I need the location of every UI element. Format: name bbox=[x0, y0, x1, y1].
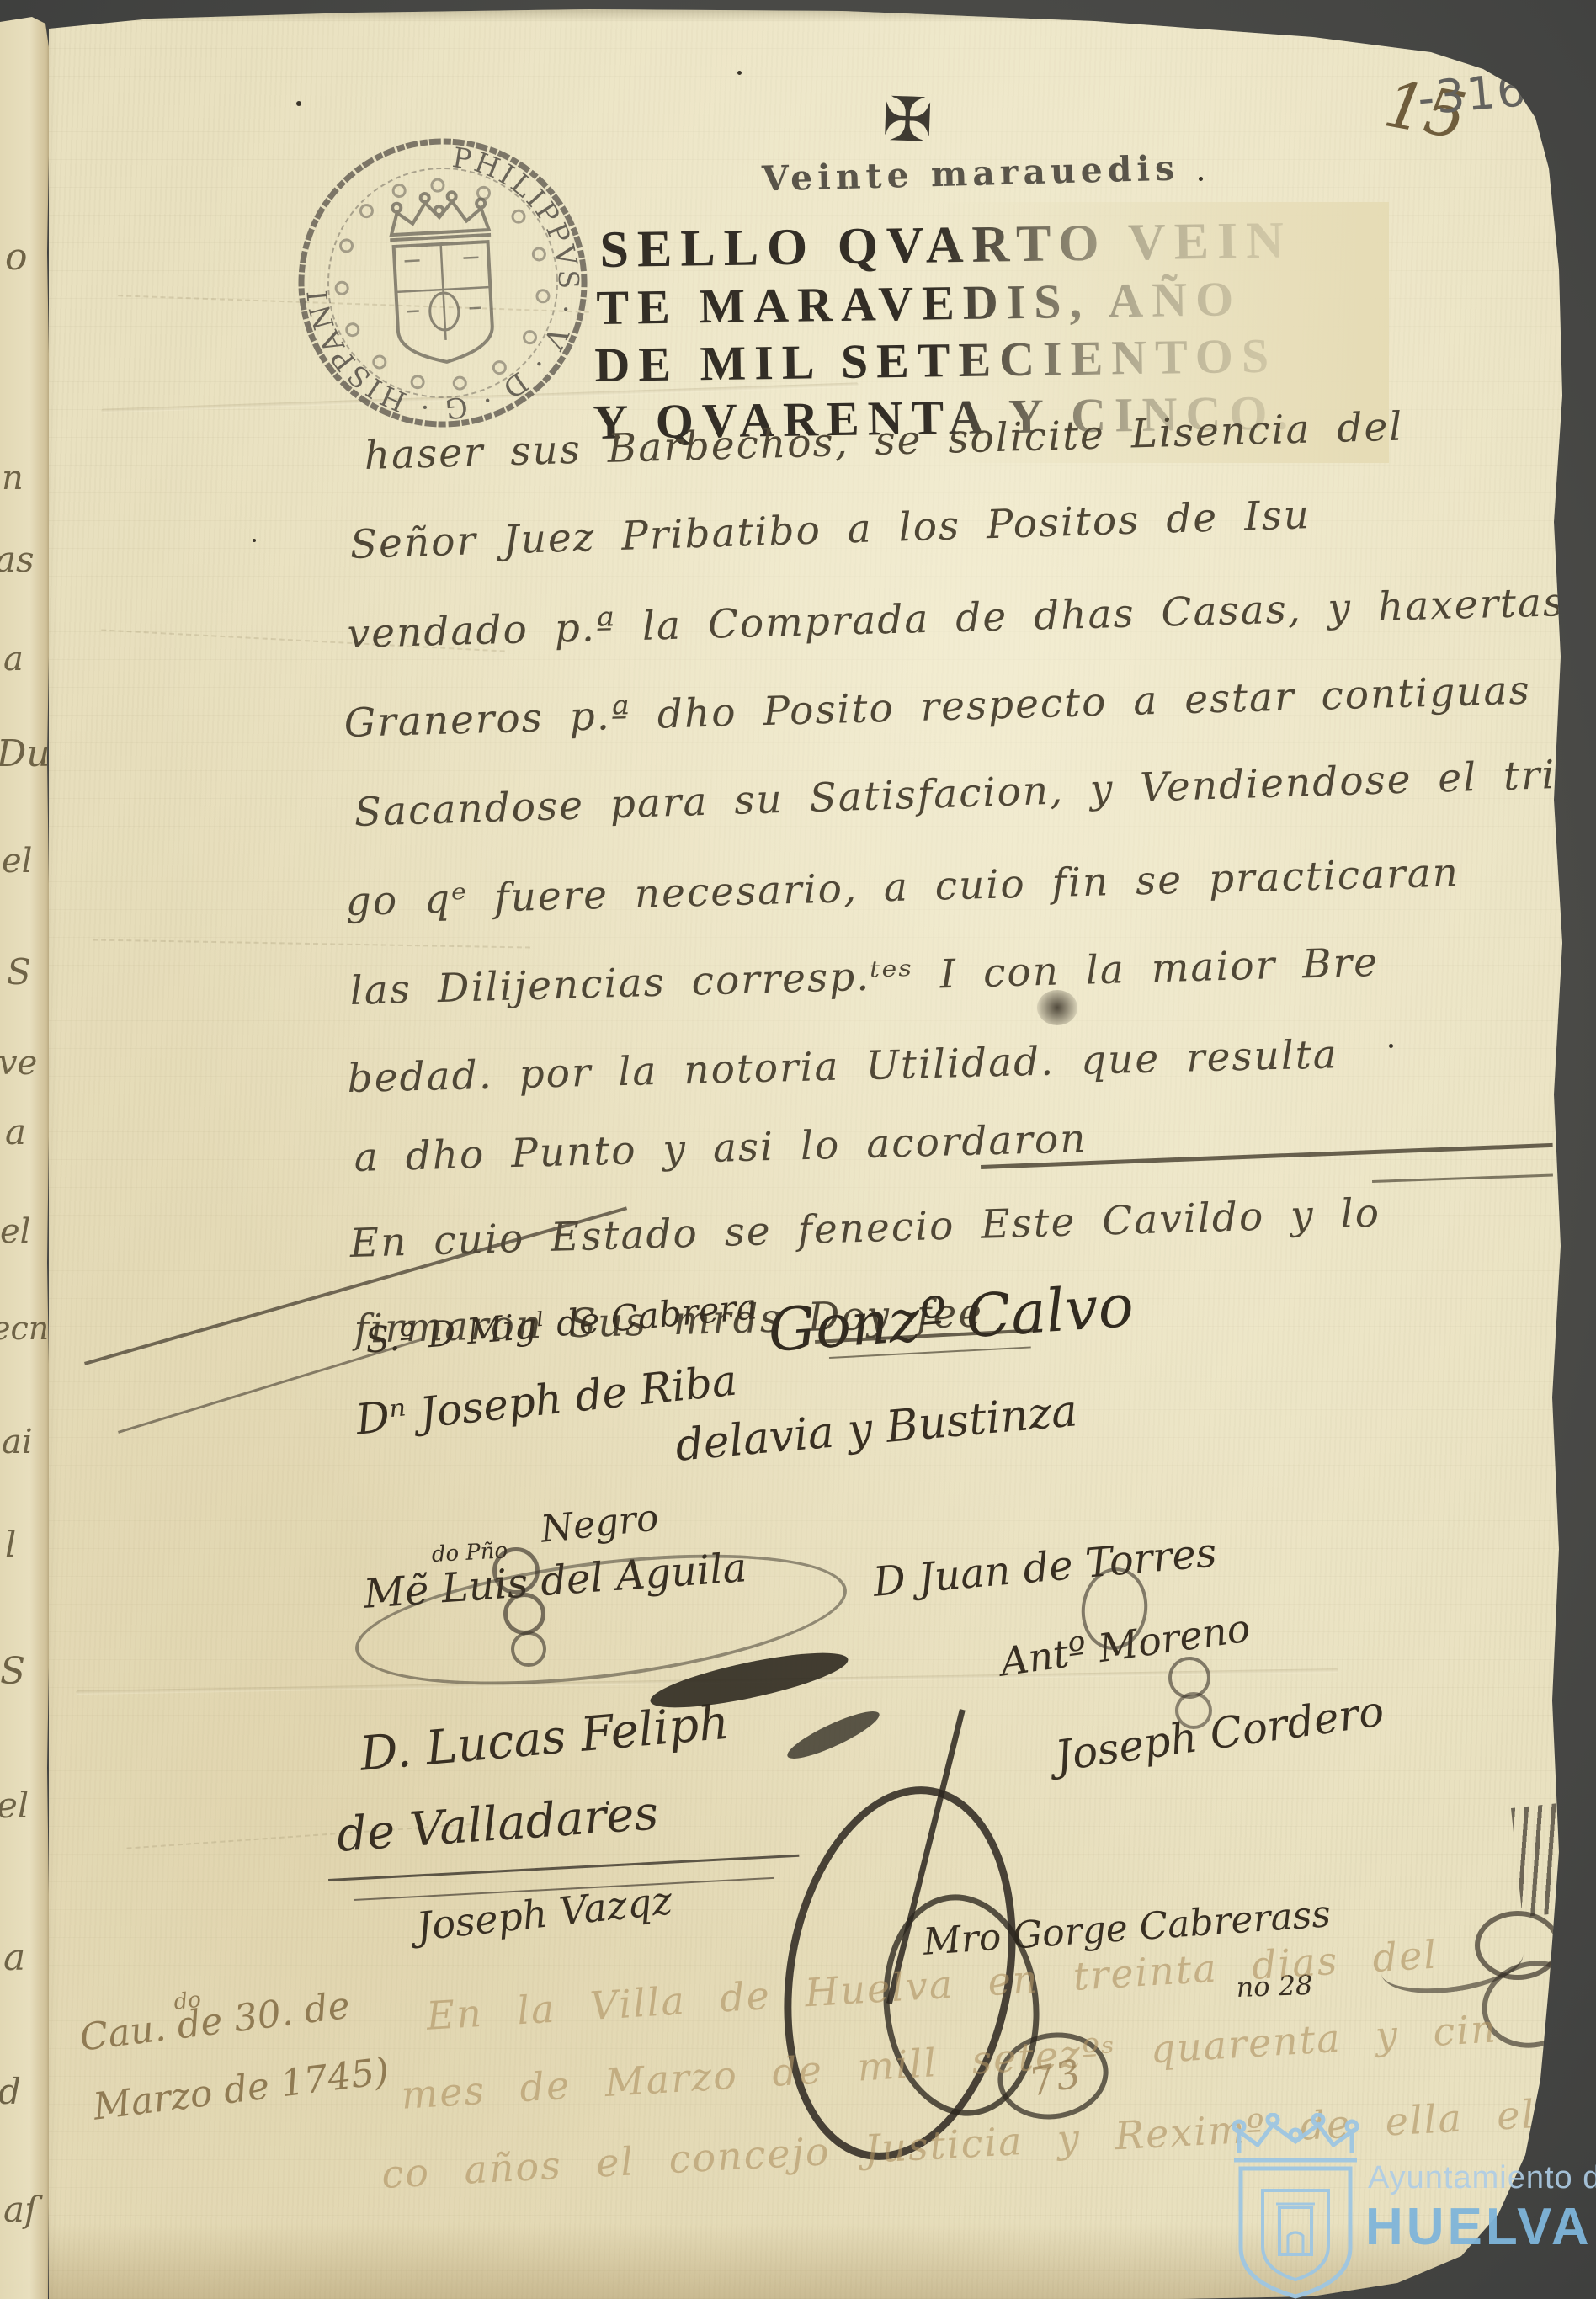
manuscript-page: PHILIPPVS · V · D · G · HISPANIAR · REX … bbox=[0, 0, 1596, 2299]
ink-speck bbox=[253, 539, 256, 542]
page-fragment: a bbox=[3, 640, 24, 679]
folio-number-pencil: -316— bbox=[1416, 59, 1577, 125]
seal-crown bbox=[387, 190, 491, 240]
signature: S.º D Migˡ de Cabrera bbox=[364, 1285, 758, 1361]
signature: D. Lucas Feliph bbox=[358, 1695, 731, 1782]
pen-flourish bbox=[492, 1547, 540, 1594]
marginal-date-note: Marzo de 1745) bbox=[91, 2050, 391, 2129]
manuscript-line: a dho Punto y asi lo acordaron bbox=[354, 1115, 1088, 1181]
page-fragment: aſ bbox=[3, 2189, 38, 2230]
page-fragment: el bbox=[2, 842, 32, 881]
manuscript-line: las Dilijencias corresp.ᵗᵉˢ I con la mai… bbox=[349, 939, 1380, 1014]
pen-flourish bbox=[503, 1593, 545, 1635]
page-fragment: o bbox=[5, 236, 28, 279]
page-fragment: ai bbox=[2, 1423, 33, 1461]
ink-speck bbox=[606, 1801, 609, 1805]
manuscript-line: En cuio Estado se fenecio Este Cavildo y… bbox=[349, 1190, 1381, 1267]
seal-legend: PHILIPPVS · V · D · G · HISPANIAR · REX … bbox=[285, 125, 593, 434]
tax-stamp-motto: Veinte marauedis bbox=[761, 148, 1179, 200]
signature: D Juan de Torres bbox=[871, 1529, 1219, 1605]
page-fragment: n bbox=[2, 459, 24, 498]
page-fragment: S bbox=[7, 951, 31, 993]
signature: Negro bbox=[539, 1496, 661, 1551]
page-fragment: l bbox=[5, 1524, 16, 1565]
watermark-shield-icon bbox=[1222, 2113, 1370, 2299]
pen-flourish bbox=[511, 1631, 546, 1667]
manuscript-line: bedad. por la notoria Utilidad. que resu… bbox=[347, 1031, 1338, 1102]
pen-dash bbox=[1372, 1173, 1553, 1183]
signature: Joseph Cordero bbox=[1052, 1686, 1387, 1780]
page-fragment: d bbox=[0, 2071, 21, 2112]
page-fragment: as bbox=[0, 539, 35, 580]
adjacent-page-strip: o n as a Du el S ve a el ecn ai l S el a… bbox=[0, 0, 54, 2299]
manuscript-line: Sacandose para su Satisfacion, y Vendien… bbox=[354, 752, 1556, 836]
ink-blot bbox=[1037, 990, 1077, 1025]
ink-speck bbox=[1199, 177, 1203, 181]
signature: Gonzº Calvo bbox=[766, 1271, 1136, 1365]
pen-flourish bbox=[1175, 1692, 1212, 1729]
page-fragment: Du bbox=[0, 732, 51, 775]
page-fragment: el bbox=[0, 1785, 29, 1826]
page-fragment: S bbox=[0, 1650, 25, 1693]
pen-flourish bbox=[1511, 1800, 1596, 1917]
ink-speck bbox=[737, 71, 742, 75]
page-fragment: a bbox=[3, 1936, 25, 1979]
ink-speck bbox=[1389, 1044, 1393, 1048]
ink-smear bbox=[783, 1704, 884, 1766]
marginal-date-note: Cau. de 30. de bbox=[77, 1984, 352, 2060]
seal-shield bbox=[394, 242, 494, 365]
ink-speck bbox=[296, 101, 301, 106]
scanned-manuscript-photo: o n as a Du el S ve a el ecn ai l S el a… bbox=[0, 0, 1596, 2299]
manuscript-line: Señor Juez Pribatibo a los Positos de Is… bbox=[349, 492, 1311, 568]
svg-text:PHILIPPVS · V · D · G · HISPAN: PHILIPPVS · V · D · G · HISPANIAR · REX … bbox=[285, 125, 593, 434]
manuscript-line: Graneros p.ª dho Posito respecto a estar… bbox=[343, 668, 1531, 747]
watermark-owner-label: Ayuntamiento de bbox=[1368, 2160, 1596, 2196]
manuscript-line: go qᵉ fuere necesario, a cuio fin se pra… bbox=[345, 849, 1460, 925]
signature: de Valladares bbox=[335, 1785, 660, 1863]
page-fragment: ve bbox=[0, 1044, 37, 1083]
bleedthrough-mark bbox=[93, 939, 530, 948]
cross-stamp-icon: ✠ bbox=[881, 83, 934, 156]
royal-seal: PHILIPPVS · V · D · G · HISPANIAR · REX … bbox=[285, 125, 600, 440]
page-fragment: el bbox=[0, 1212, 30, 1251]
page-fragment: ecn bbox=[0, 1310, 49, 1347]
page-fragment: a bbox=[5, 1111, 26, 1152]
signature: Joseph Vazqz bbox=[414, 1877, 674, 1950]
watermark-city-label: HUELVA bbox=[1365, 2197, 1593, 2257]
manuscript-line: vendado p.ª la Comprada de dhas Casas, y… bbox=[347, 579, 1566, 657]
